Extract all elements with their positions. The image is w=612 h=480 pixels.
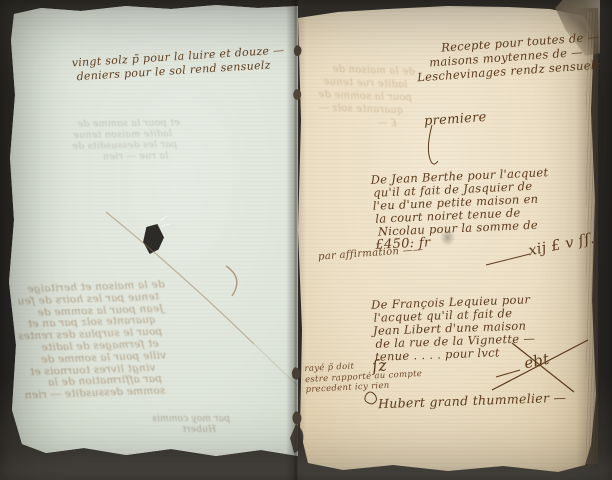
stitch-mark: [294, 45, 302, 56]
gutter-bottom-tear: [290, 424, 303, 453]
binding-stitches: [0, 0, 612, 480]
stitch-mark: [292, 411, 301, 425]
stitch-mark: [293, 89, 301, 100]
stitch-mark: [292, 367, 301, 380]
manuscript-scan: et pour la somme de ladite maison tenue …: [0, 0, 612, 480]
